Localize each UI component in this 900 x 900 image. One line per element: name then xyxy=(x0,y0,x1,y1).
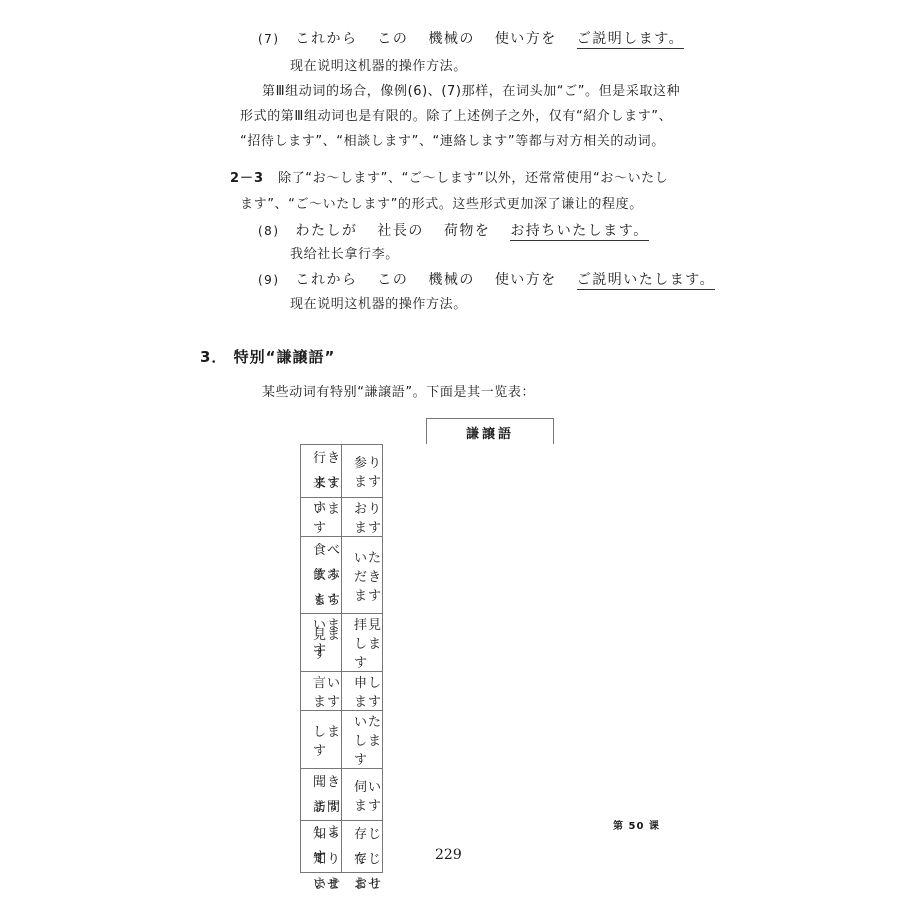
underlined-phrase: ご説明します。 xyxy=(577,31,684,49)
humble-verb-cell: いたします xyxy=(342,711,383,769)
table-row: います おります xyxy=(301,498,383,537)
plain-verb-cell: 行きます 来ます xyxy=(301,445,342,498)
humble-verb-cell: 申します xyxy=(342,672,383,711)
example-7-translation: 现在说明这机器的操作方法。 xyxy=(290,60,467,73)
section-3-intro: 某些动词有特别“謙譲語”。下面是其一览表： xyxy=(262,386,535,399)
table-row: 食べます 飲みます もらいます いただきます xyxy=(301,537,383,614)
section-title: 特别“謙譲語” xyxy=(234,348,336,366)
table-row: します いたします xyxy=(301,711,383,769)
plain-verb-cell: 聞きます 訪問します xyxy=(301,769,342,821)
example-9-translation: 现在说明这机器的操作方法。 xyxy=(290,298,467,311)
section-3-heading: 3． 特别“謙譲語” xyxy=(200,350,335,365)
lesson-label: 第 50 课 xyxy=(613,822,660,832)
underlined-phrase: ご説明いたします。 xyxy=(577,272,715,290)
example-number: (8) xyxy=(258,224,280,238)
humble-verb-cell: おります xyxy=(342,498,383,537)
example-7-sentence: (7) これから この 機械の 使い方を ご説明します。 xyxy=(258,32,684,46)
plain-verb-cell: 言います xyxy=(301,672,342,711)
example-8-translation: 我给社长拿行李。 xyxy=(290,248,399,261)
underlined-phrase: お持ちいたします。 xyxy=(510,223,648,241)
section-number: 3． xyxy=(200,348,227,366)
humble-verb-cell: 拝見します xyxy=(342,614,383,672)
humble-verb-cell: いただきます xyxy=(342,537,383,614)
section-number: 2－3 xyxy=(230,171,264,186)
section-2-3-line2: ます”、“ご～いたします”的形式。这些形式更加深了谦让的程度。 xyxy=(240,198,643,211)
table-header-kenjougo: 謙譲語 xyxy=(426,418,554,444)
table-row: 言います 申します xyxy=(301,672,383,711)
plain-verb-cell: します xyxy=(301,711,342,769)
table-row: 知って います 知りません 存じて おります 存じません xyxy=(301,821,383,873)
paragraph-line: 形式的第Ⅲ组动词也是有限的。除了上述例子之外，仅有“紹介します”、 xyxy=(240,110,672,123)
page-number: 229 xyxy=(435,848,462,862)
example-8-sentence: (8) わたしが 社長の 荷物を お持ちいたします。 xyxy=(258,224,649,238)
example-9-sentence: (9) これから この 機械の 使い方を ご説明いたします。 xyxy=(258,273,715,287)
paragraph-line: “招待します”、“相談します”、“連絡します”等都与对方相关的动词。 xyxy=(240,135,665,148)
humble-verb-cell: 存じて おります 存じません xyxy=(342,821,383,873)
plain-verb-cell: います xyxy=(301,498,342,537)
plain-verb-cell: 食べます 飲みます もらいます xyxy=(301,537,342,614)
example-number: (7) xyxy=(258,32,280,46)
humble-verb-cell: 伺います xyxy=(342,769,383,821)
verb-table: 行きます 来ます 参ります います おります 食べます 飲みます もらいます い… xyxy=(300,444,383,873)
paragraph-line: 第Ⅲ组动词的场合，像例(6)、(7)那样，在词头加“ご”。但是采取这种 xyxy=(262,85,680,98)
humble-verb-cell: 参ります xyxy=(342,445,383,498)
plain-verb-cell: 知って います 知りません xyxy=(301,821,342,873)
table-row: 聞きます 訪問します 伺います xyxy=(301,769,383,821)
table-row: 行きます 来ます 参ります xyxy=(301,445,383,498)
section-2-3-line1: 2－3除了“お～します”、“ご～します”以外，还常常使用“お～いたし xyxy=(230,172,668,185)
example-number: (9) xyxy=(258,273,280,287)
